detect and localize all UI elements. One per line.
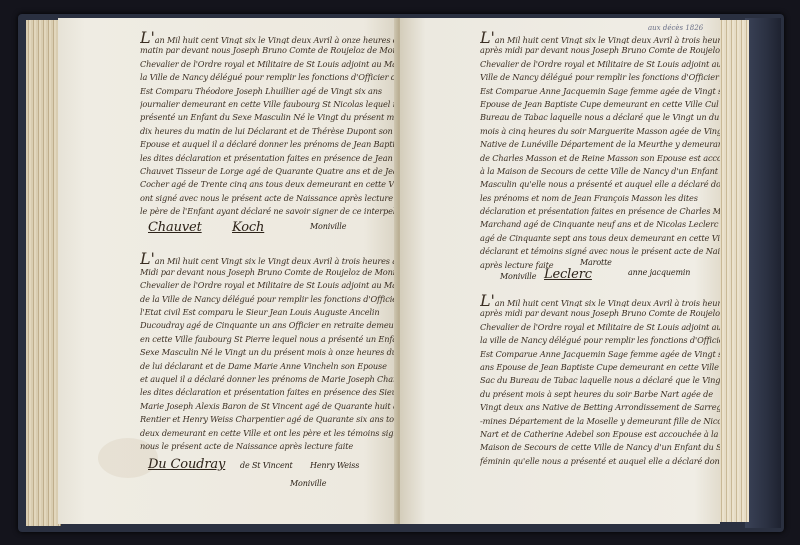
entry-line: la ville de Nancy délégué pour remplir l… xyxy=(480,334,720,347)
signature: Koch xyxy=(232,220,264,235)
book-cover-right-edge xyxy=(745,18,781,528)
left-page-text: L'an Mil huit cent Vingt six le Vingt de… xyxy=(140,31,398,493)
entry-line: de Charles Masson et de Reine Masson son… xyxy=(480,152,720,165)
signature: Du Coudray xyxy=(148,457,225,472)
entry-line: Bureau de Tabac laquelle nous a déclaré … xyxy=(480,111,720,124)
right-page-text: L'an Mil huit cent Vingt six le Vingt de… xyxy=(480,31,720,468)
entry-line: Ducoudray agé de Cinquante un ans Offici… xyxy=(140,319,398,332)
entry-line: Est Comparue Anne Jacquemin Sage femme a… xyxy=(480,348,720,361)
entry-line: Marie Joseph Alexis Baron de St Vincent … xyxy=(140,400,398,413)
right-page: aux décès 1826 L'an Mil huit cent Vingt … xyxy=(400,18,720,524)
entry-line: les prénoms et nom de Jean François Mass… xyxy=(480,192,720,205)
signature: anne jacquemin xyxy=(628,268,690,277)
signature: Marotte xyxy=(580,258,612,267)
entry-line: Midi par devant nous Joseph Bruno Comte … xyxy=(140,266,398,279)
entry-line: Nart et de Catherine Adebel son Epouse e… xyxy=(480,428,720,441)
entry-line: à la Maison de Secours de cette Ville de… xyxy=(480,165,720,178)
signature: Leclerc xyxy=(544,267,592,282)
entry-line: et auquel il a déclaré donner les prénom… xyxy=(140,373,398,386)
entry-line: Rentier et Henry Weiss Charpentier agé d… xyxy=(140,413,398,426)
entry-line: après midi par devant nous Joseph Bruno … xyxy=(480,44,720,57)
entry-line: deux demeurant en cette Ville et ont les… xyxy=(140,427,398,440)
entry-line: Maison de Secours de cette Ville de Nanc… xyxy=(480,441,720,454)
signature-row: Chauvet Koch Moniville xyxy=(140,218,398,242)
register-entry-3: L'an Mil huit cent Vingt six le Vingt de… xyxy=(480,31,720,284)
entry-line: présenté un Enfant du Sexe Masculin Né l… xyxy=(140,111,398,124)
entry-line: dix heures du matin de lui Déclarant et … xyxy=(140,125,398,138)
entry-line: matin par devant nous Joseph Bruno Comte… xyxy=(140,44,398,57)
register-entry-1: L'an Mil huit cent Vingt six le Vingt de… xyxy=(140,31,398,242)
register-entry-4: L'an Mil huit cent Vingt six le Vingt de… xyxy=(480,294,720,468)
signature-row: Du Coudray de St Vincent Henry Weiss Mon… xyxy=(140,453,398,493)
entry-line: en cette Ville faubourg St Pierre lequel… xyxy=(140,333,398,346)
entry-line: de lui déclarant et de Dame Marie Anne V… xyxy=(140,360,398,373)
entry-line: l'Etat civil Est comparu le Sieur Jean L… xyxy=(140,306,398,319)
signature: Moniville xyxy=(310,222,346,231)
page-stack-right xyxy=(718,20,749,522)
entry-line: Chauvet Tisseur de Lorge agé de Quarante… xyxy=(140,165,398,178)
signature-row: Marotte Moniville Leclerc anne jacquemin xyxy=(480,258,720,284)
entry-line: Sexe Masculin Né le Vingt un du présent … xyxy=(140,346,398,359)
entry-line: du présent mois à sept heures du soir Ba… xyxy=(480,388,720,401)
entry-line: journalier demeurant en cette Ville faub… xyxy=(140,98,398,111)
page-stack-left xyxy=(26,20,61,526)
signature: Moniville xyxy=(290,479,326,488)
entry-line: Sac du Bureau de Tabac laquelle nous a d… xyxy=(480,374,720,387)
entry-line: agé de Cinquante sept ans tous deux deme… xyxy=(480,232,720,245)
entry-line: Epouse et auquel il a déclaré donner les… xyxy=(140,138,398,151)
signature: de St Vincent xyxy=(240,461,293,470)
entry-line: Masculin qu'elle nous a présenté et auqu… xyxy=(480,178,720,191)
entry-line: Chevalier de l'Ordre royal et Militaire … xyxy=(140,279,398,292)
entry-line: déclarant et témoins signé avec nous le … xyxy=(480,245,720,258)
entry-line: Chevalier de l'Ordre royal et Militaire … xyxy=(480,58,720,71)
entry-line: Chevalier de l'Ordre royal et Militaire … xyxy=(480,321,720,334)
entry-line: L'an Mil huit cent Vingt six le Vingt de… xyxy=(480,31,720,44)
entry-line: Est Comparu Théodore Joseph Lhuillier ag… xyxy=(140,85,398,98)
entry-line: les dites déclaration et présentation fa… xyxy=(140,386,398,399)
entry-line: Chevalier de l'Ordre royal et Militaire … xyxy=(140,58,398,71)
entry-line: les dites déclaration et présentation fa… xyxy=(140,152,398,165)
entry-line: Epouse de Jean Baptiste Cupe demeurant e… xyxy=(480,98,720,111)
entry-line: après midi par devant nous Joseph Bruno … xyxy=(480,307,720,320)
entry-line: Marchand agé de Cinquante neuf ans et de… xyxy=(480,218,720,231)
entry-line: Native de Lunéville Département de la Me… xyxy=(480,138,720,151)
entry-line: le père de l'Enfant ayant déclaré ne sav… xyxy=(140,205,398,218)
entry-line: -mines Département de la Moselle y demeu… xyxy=(480,415,720,428)
entry-line: la Ville de Nancy délégué pour remplir l… xyxy=(140,71,398,84)
entry-line: ans Epouse de Jean Baptiste Cupe demeura… xyxy=(480,361,720,374)
entry-line: de la Ville de Nancy délégué pour rempli… xyxy=(140,293,398,306)
entry-line: féminin qu'elle nous a présenté et auque… xyxy=(480,455,720,468)
left-page: L'an Mil huit cent Vingt six le Vingt de… xyxy=(58,18,398,524)
entry-line: mois à cinq heures du soir Marguerite Ma… xyxy=(480,125,720,138)
entry-line: Ville de Nancy délégué pour remplir les … xyxy=(480,71,720,84)
entry-line: déclaration et présentation faites en pr… xyxy=(480,205,720,218)
entry-line: Vingt deux ans Native de Betting Arrondi… xyxy=(480,401,720,414)
entry-line: ont signé avec nous le présent acte de N… xyxy=(140,192,398,205)
signature: Henry Weiss xyxy=(310,461,359,470)
signature: Moniville xyxy=(500,272,536,281)
entry-line: L'an Mil huit cent Vingt six le Vingt de… xyxy=(140,252,398,265)
entry-line: nous le présent acte de Naissance après … xyxy=(140,440,398,453)
entry-line: L'an Mil huit cent Vingt six le Vingt de… xyxy=(140,31,398,44)
signature: Chauvet xyxy=(148,220,202,235)
entry-line: Cocher agé de Trente cinq ans tous deux … xyxy=(140,178,398,191)
entry-line: L'an Mil huit cent Vingt six le Vingt de… xyxy=(480,294,720,307)
register-entry-2: L'an Mil huit cent Vingt six le Vingt de… xyxy=(140,252,398,493)
entry-line: Est Comparue Anne Jacquemin Sage femme a… xyxy=(480,85,720,98)
